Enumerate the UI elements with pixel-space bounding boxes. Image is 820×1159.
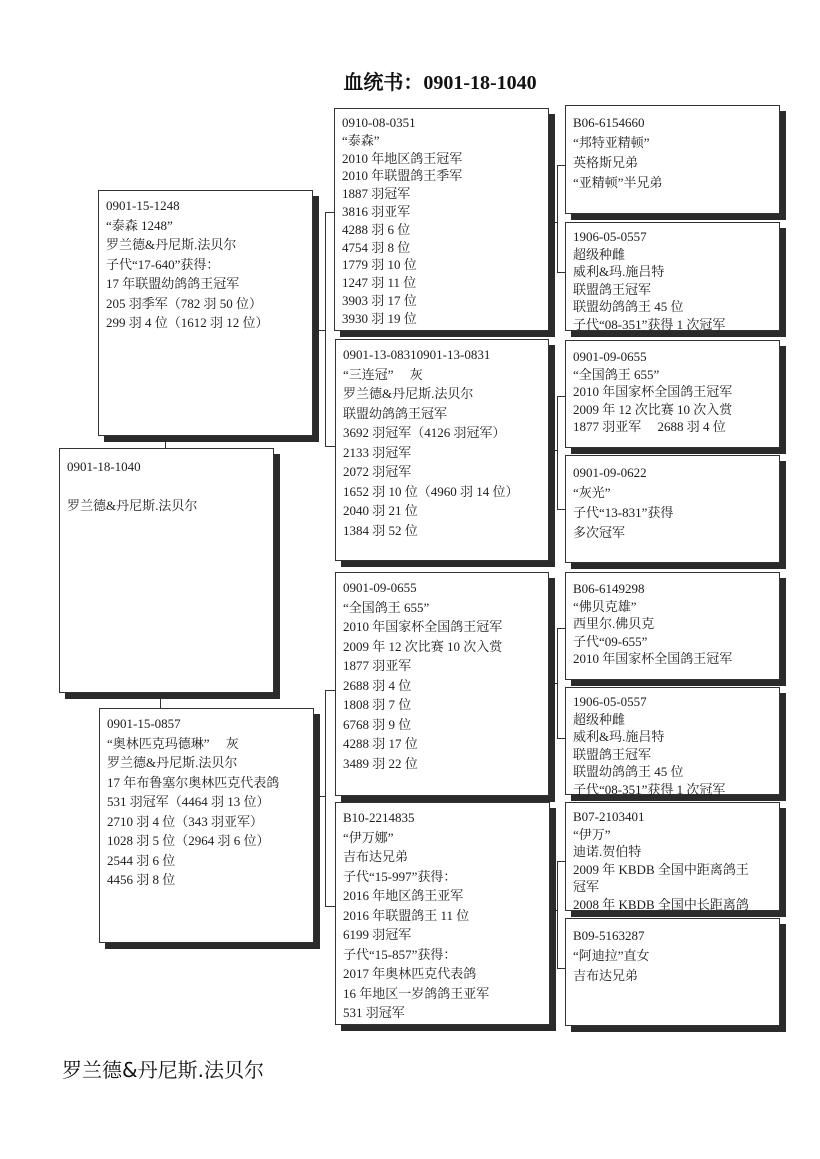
owner: 罗兰德&丹尼斯.法贝尔 <box>343 384 548 404</box>
connector <box>557 738 565 739</box>
pigeon-name: “伊万” <box>573 826 779 844</box>
sd-sire-box: 0901-09-0655 “全国鸽王 655” 2010 年国家杯全国鸽王冠军 … <box>565 340 780 448</box>
connector <box>557 509 565 510</box>
record-line: 205 羽季军（782 羽 50 位） <box>106 294 312 314</box>
pigeon-name: “佛贝克雄” <box>573 598 779 616</box>
record-line: 2009 年 12 次比赛 10 次入赏 <box>573 401 779 419</box>
ring-number: 0901-13-08310901-13-0831 <box>343 345 548 365</box>
record-line: 17 年联盟幼鸽鸽王冠军 <box>106 274 312 294</box>
record-line: 联盟鸽王冠军 <box>573 746 779 764</box>
record-line: 联盟幼鸽鸽王 45 位 <box>573 763 779 781</box>
ring-number: 0901-15-1248 <box>106 196 312 216</box>
record-line: 2040 羽 21 位 <box>343 501 548 521</box>
pigeon-name: “全国鸽王 655” <box>343 598 548 618</box>
record-line: 联盟幼鸽鸽王冠军 <box>343 404 548 424</box>
owner: 罗兰德&丹尼斯.法贝尔 <box>106 235 312 255</box>
connector <box>325 906 335 907</box>
record-line: 1384 羽 52 位 <box>343 521 548 541</box>
connector <box>557 628 565 629</box>
owner: 威利&玛.施吕特 <box>573 728 779 746</box>
ring-number: 0901-18-1040 <box>67 457 273 477</box>
record-line: 16 年地区一岁鸽鸽王亚军 <box>343 984 549 1004</box>
record-line: 2010 年地区鸽王冠军 <box>342 150 548 168</box>
ring-number: 0901-15-0857 <box>107 714 313 734</box>
record-line: 3930 羽 19 位 <box>342 310 548 328</box>
connector <box>557 968 565 969</box>
record-line: 2544 羽 6 位 <box>107 851 313 871</box>
record-line: 1779 羽 10 位 <box>342 256 548 274</box>
owner: 罗兰德&丹尼斯.法贝尔 <box>107 753 313 773</box>
record-line: 2133 羽冠军 <box>343 443 548 463</box>
record-line: 2072 羽冠军 <box>343 462 548 482</box>
ring-number: 1906-05-0557 <box>573 228 779 246</box>
record-line: 2688 羽 4 位 <box>343 676 548 696</box>
owner: 西里尔.佛贝克 <box>573 615 779 633</box>
record-line: 2017 年奥林匹克代表鸽 <box>343 964 549 984</box>
record-line: 超级种雌 <box>573 246 779 264</box>
connector <box>557 861 558 969</box>
record-line: 2710 羽 4 位（343 羽亚军） <box>107 812 313 832</box>
record-line: 1887 羽冠军 <box>342 185 548 203</box>
record-line: 4288 羽 17 位 <box>343 734 548 754</box>
ss-sire-box: B06-6154660 “邦特亚精顿” 英格斯兄弟 “亚精顿”半兄弟 <box>565 105 780 214</box>
sire-dam-box: 0901-13-08310901-13-0831 “三连冠” 灰 罗兰德&丹尼斯… <box>335 339 549 561</box>
connector <box>557 861 565 862</box>
record-line: 超级种雌 <box>573 711 779 729</box>
ss-dam-box: 1906-05-0557 超级种雌 威利&玛.施吕特 联盟鸽王冠军 联盟幼鸽鸽王… <box>565 222 780 331</box>
record-line: 子代“17-640”获得： <box>106 255 312 275</box>
record-line: 1247 羽 11 位 <box>342 274 548 292</box>
record-line: 17 年布鲁塞尔奥林匹克代表鸽 <box>107 773 313 793</box>
pigeon-name: “灰光” <box>573 483 779 503</box>
record-line: 4754 羽 8 位 <box>342 239 548 257</box>
ds-sire-box: B06-6149298 “佛贝克雄” 西里尔.佛贝克 子代“09-655” 20… <box>565 572 780 680</box>
ring-number: 0901-09-0655 <box>573 348 779 366</box>
owner: 吉布达兄弟 <box>573 966 779 986</box>
dd-dam-box: B09-5163287 “阿迪拉”直女 吉布达兄弟 <box>565 918 780 1026</box>
record-line: 联盟幼鸽鸽王 45 位 <box>573 298 779 316</box>
record-line: 6768 羽 9 位 <box>343 715 548 735</box>
connector <box>325 690 326 906</box>
record-line: 2016 年联盟鸽王 11 位 <box>343 906 549 926</box>
pigeon-name: “全国鸽王 655” <box>573 366 779 384</box>
sire-box: 0901-15-1248 “泰森 1248” 罗兰德&丹尼斯.法贝尔 子代“17… <box>98 190 313 436</box>
ring-number: 1906-05-0557 <box>573 693 779 711</box>
record-line: 2010 年联盟鸽王季军 <box>342 167 548 185</box>
dam-sire-box: 0901-09-0655 “全国鸽王 655” 2010 年国家杯全国鸽王冠军 … <box>335 572 549 796</box>
owner: 威利&玛.施吕特 <box>573 263 779 281</box>
connector <box>325 446 335 447</box>
record-line: 2010 年国家杯全国鸽王冠军 <box>573 650 779 668</box>
owner: 罗兰德&丹尼斯.法贝尔 <box>67 496 273 516</box>
ring-number: B06-6154660 <box>573 113 779 133</box>
connector <box>557 165 558 273</box>
connector <box>557 396 558 510</box>
connector <box>325 690 335 691</box>
record-line: 1652 羽 10 位（4960 羽 14 位） <box>343 482 548 502</box>
dd-sire-box: B07-2103401 “伊万” 迪诺.贺伯特 2009 年 KBDB 全国中距… <box>565 802 780 911</box>
record-line: 6199 羽冠军 <box>343 925 549 945</box>
record-line: 3489 羽 22 位 <box>343 754 548 774</box>
pigeon-name: “伊万娜” <box>343 828 549 848</box>
sire-sire-box: 0910-08-0351 “泰森” 2010 年地区鸽王冠军 2010 年联盟鸽… <box>334 108 549 331</box>
subject-box: 0901-18-1040 罗兰德&丹尼斯.法贝尔 <box>59 448 274 693</box>
pigeon-name: “泰森 1248” <box>106 216 312 236</box>
blank-line <box>67 477 273 496</box>
record-line: 3903 羽 17 位 <box>342 292 548 310</box>
connector <box>557 396 565 397</box>
record-line: 1877 羽亚军 <box>343 656 548 676</box>
record-line: 1028 羽 5 位（2964 羽 6 位） <box>107 831 313 851</box>
record-line: 531 羽冠军 <box>343 1003 549 1023</box>
record-line: 多次冠军 <box>573 523 779 543</box>
record-line: 3816 羽亚军 <box>342 203 548 221</box>
dam-dam-box: B10-2214835 “伊万娜” 吉布达兄弟 子代“15-997”获得： 20… <box>335 802 550 1025</box>
owner: 英格斯兄弟 <box>573 153 779 173</box>
pigeon-name: “邦特亚精顿” <box>573 133 779 153</box>
record-line: 2010 年国家杯全国鸽王冠军 <box>573 383 779 401</box>
record-line: 2009 年 12 次比赛 10 次入赏 <box>343 637 548 657</box>
record-line: 2008 年 KBDB 全国中长距离鸽 <box>573 896 779 914</box>
pigeon-name: “阿迪拉”直女 <box>573 946 779 966</box>
connector <box>557 165 565 166</box>
pigeon-name: “奥林匹克玛德琳” 灰 <box>107 734 313 754</box>
owner: 迪诺.贺伯特 <box>573 843 779 861</box>
ring-number: 0901-09-0622 <box>573 463 779 483</box>
ring-number: B09-5163287 <box>573 926 779 946</box>
record-line: 299 羽 4 位（1612 羽 12 位） <box>106 313 312 333</box>
connector <box>165 436 166 448</box>
pigeon-name: “泰森” <box>342 132 548 150</box>
owner: 吉布达兄弟 <box>343 847 549 867</box>
record-line: 子代“08-351”获得 1 次冠军 <box>573 781 779 799</box>
record-line: 4456 羽 8 位 <box>107 870 313 890</box>
record-line: 2016 年地区鸽王亚军 <box>343 886 549 906</box>
record-line: 子代“13-831”获得 <box>573 503 779 523</box>
record-line: 1808 羽 7 位 <box>343 695 548 715</box>
record-line: 子代“08-351”获得 1 次冠军 <box>573 316 779 334</box>
ds-dam-box: 1906-05-0557 超级种雌 威利&玛.施吕特 联盟鸽王冠军 联盟幼鸽鸽王… <box>565 687 780 795</box>
sd-dam-box: 0901-09-0622 “灰光” 子代“13-831”获得 多次冠军 <box>565 455 780 563</box>
ring-number: B06-6149298 <box>573 580 779 598</box>
dam-box: 0901-15-0857 “奥林匹克玛德琳” 灰 罗兰德&丹尼斯.法贝尔 17 … <box>99 708 314 943</box>
ring-number: 0901-09-0655 <box>343 578 548 598</box>
record-line: “亚精顿”半兄弟 <box>573 173 779 193</box>
breeder-name: 罗兰德&丹尼斯.法贝尔 <box>62 1054 264 1083</box>
connector <box>557 628 558 739</box>
record-line: 子代“15-857”获得： <box>343 945 549 965</box>
record-line: 子代“15-997”获得： <box>343 867 549 887</box>
ring-number: B07-2103401 <box>573 808 779 826</box>
ring-number: 0910-08-0351 <box>342 114 548 132</box>
ring-number: B10-2214835 <box>343 808 549 828</box>
connector <box>325 212 326 446</box>
record-line: 3692 羽冠军（4126 羽冠军） <box>343 423 548 443</box>
record-line: 子代“09-655” <box>573 633 779 651</box>
connector <box>557 272 565 273</box>
record-line: 531 羽冠军（4464 羽 13 位） <box>107 792 313 812</box>
record-line: 2010 年国家杯全国鸽王冠军 <box>343 617 548 637</box>
record-line: 2009 年 KBDB 全国中距离鸽王 <box>573 861 779 879</box>
pigeon-name: “三连冠” 灰 <box>343 365 548 385</box>
pedigree-title: 血统书：0901-18-1040 <box>0 66 820 95</box>
record-line: 1877 羽亚军 2688 羽 4 位 <box>573 418 779 436</box>
record-line: 冠军 <box>573 878 779 896</box>
record-line: 4288 羽 6 位 <box>342 221 548 239</box>
record-line: 联盟鸽王冠军 <box>573 281 779 299</box>
